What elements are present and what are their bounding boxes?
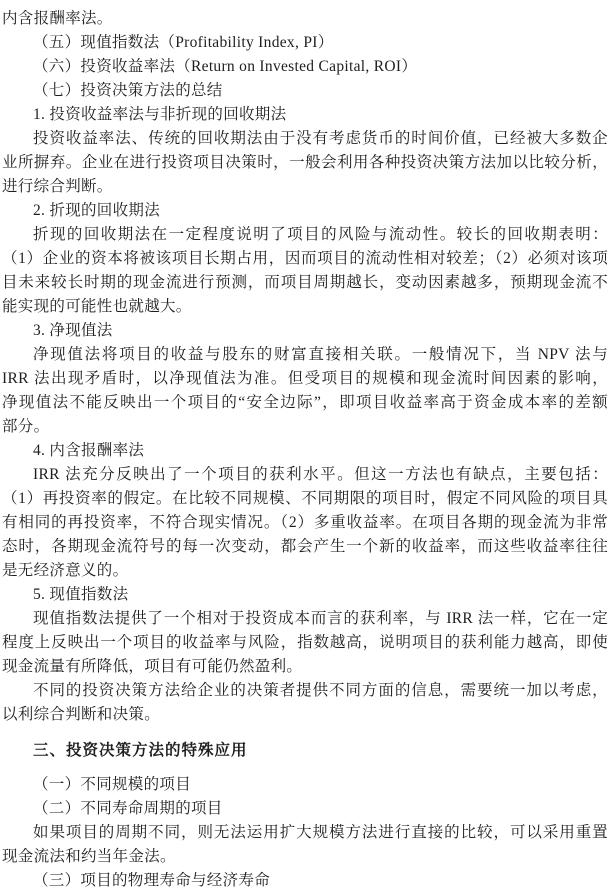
text-line: （1）再投资率的假定。在比较不同规模、不同期限的项目时，假定不同风险的项目具 (2, 487, 608, 511)
list-item-3: （三）项目的物理寿命与经济寿命 (2, 869, 608, 893)
text-line: 现金流量有所降低，项目有可能仍然盈利。 (2, 655, 608, 679)
text-line: 内含报酬率法。 (2, 7, 608, 31)
text-line: 能实现的可能性也就越大。 (2, 295, 608, 319)
list-item-7: （七）投资决策方法的总结 (2, 79, 608, 103)
text-line: IRR 法出现矛盾时，以净现值法为准。但受项目的规模和现金流时间因素的影响， (2, 367, 608, 391)
text-line: 态时，各期现金流符号的每一次变动，都会产生一个新的收益率，而这些收益率往往 (2, 535, 608, 559)
section-heading: 三、投资决策方法的特殊应用 (2, 739, 608, 763)
numbered-item-4: 4. 内含报酬率法 (2, 439, 608, 463)
text-line: 程度上反映出一个项目的收益率与风险，指数越高，说明项目的获利能力越高，即使 (2, 631, 608, 655)
text-line: 净现值法将项目的收益与股东的财富直接相关联。一般情况下，当 NPV 法与 (2, 343, 608, 367)
text-line: 进行综合判断。 (2, 175, 608, 199)
list-item-1: （一）不同规模的项目 (2, 773, 608, 797)
text-line: IRR 法充分反映出了一个项目的获利水平。但这一方法也有缺点，主要包括： (2, 463, 608, 487)
text-line: 以利综合判断和决策。 (2, 703, 608, 727)
text-line: 投资收益率法、传统的回收期法由于没有考虑货币的时间价值，已经被大多数企 (2, 127, 608, 151)
text-line: 部分。 (2, 415, 608, 439)
text-line: 有相同的再投资率，不符合现实情况。（2）多重收益率。在项目各期的现金流为非常 (2, 511, 608, 535)
text-line: 现金流法和约当年金法。 (2, 845, 608, 869)
numbered-item-5: 5. 现值指数法 (2, 583, 608, 607)
text-line: 折现的回收期法在一定程度说明了项目的风险与流动性。较长的回收期表明： (2, 223, 608, 247)
numbered-item-2: 2. 折现的回收期法 (2, 199, 608, 223)
text-line: 如果项目的周期不同，则无法运用扩大规模方法进行直接的比较，可以采用重置 (2, 821, 608, 845)
numbered-item-3: 3. 净现值法 (2, 319, 608, 343)
numbered-item-1: 1. 投资收益率法与非折现的回收期法 (2, 103, 608, 127)
text-line: 是无经济意义的。 (2, 559, 608, 583)
text-line: 业所摒弃。企业在进行投资项目决策时，一般会利用各种投资决策方法加以比较分析， (2, 151, 608, 175)
text-line: 不同的投资决策方法给企业的决策者提供不同方面的信息，需要统一加以考虑， (2, 679, 608, 703)
document-page: 内含报酬率法。 （五）现值指数法（Profitability Index, PI… (0, 0, 610, 893)
list-item-5: （五）现值指数法（Profitability Index, PI） (2, 31, 608, 55)
text-line: （1）企业的资本将被该项目长期占用，因而项目的流动性相对较差；（2）必须对该项 (2, 247, 608, 271)
text-line: 现值指数法提供了一个相对于投资成本而言的获利率，与 IRR 法一样，它在一定 (2, 607, 608, 631)
list-item-6: （六）投资收益率法（Return on Invested Capital, RO… (2, 55, 608, 79)
text-line: 净现值法不能反映出一个项目的“安全边际”，即项目收益率高于资金成本率的差额 (2, 391, 608, 415)
list-item-2: （二）不同寿命周期的项目 (2, 797, 608, 821)
text-line: 目未来较长时期的现金流进行预测，而项目周期越长，变动因素越多，预期现金流不 (2, 271, 608, 295)
